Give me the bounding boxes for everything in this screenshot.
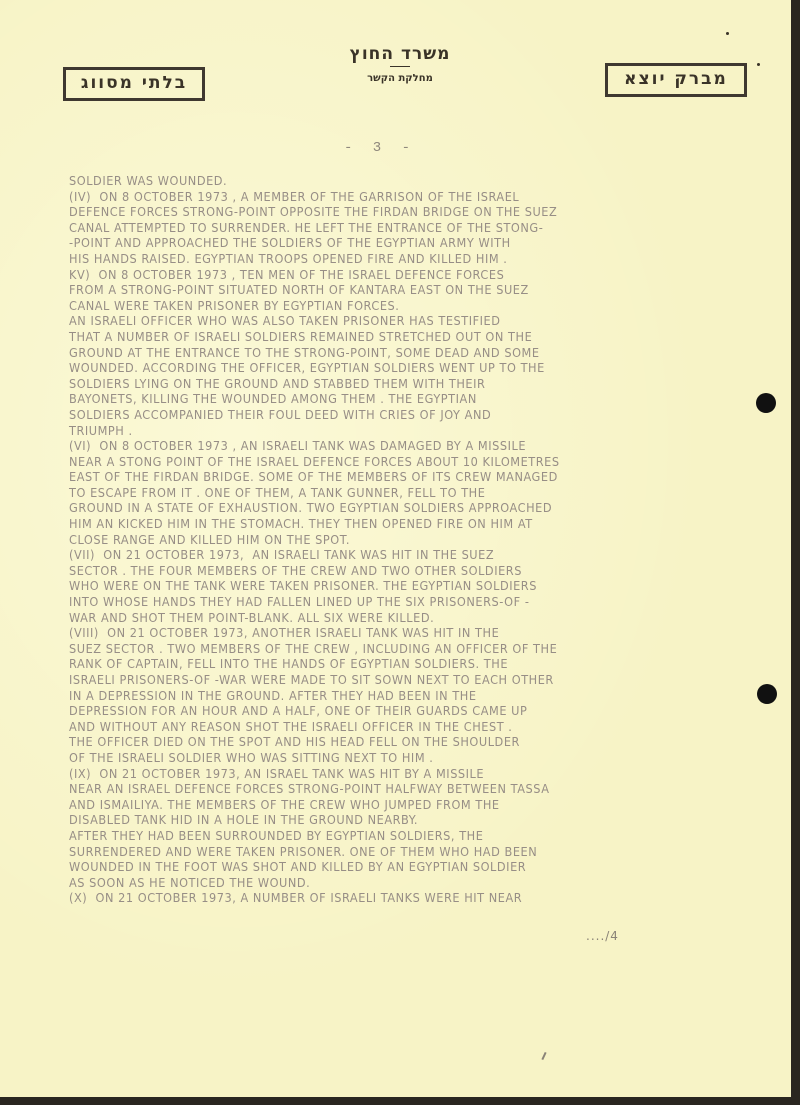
text-line: TRIUMPH . — [69, 423, 681, 439]
text-line: KV) ON 8 OCTOBER 1973 , TEN MEN OF THE I… — [69, 267, 681, 283]
text-line: HIM AN KICKED HIM IN THE STOMACH. THEY T… — [69, 516, 681, 532]
text-line: SUEZ SECTOR . TWO MEMBERS OF THE CREW , … — [69, 641, 681, 657]
text-line: -POINT AND APPROACHED THE SOLDIERS OF TH… — [69, 235, 681, 251]
ink-speck — [726, 32, 729, 35]
document-page: משרד החוץ מחלקת הקשר בלתי מסווג מברק יוצ… — [0, 0, 791, 1097]
page-number: - 3 - — [330, 140, 430, 156]
letterhead-rule — [390, 66, 410, 67]
text-line: CLOSE RANGE AND KILLED HIM ON THE SPOT. — [69, 532, 681, 548]
text-line: FROM A STRONG-POINT SITUATED NORTH OF KA… — [69, 282, 681, 298]
text-line: HIS HANDS RAISED. EGYPTIAN TROOPS OPENED… — [69, 251, 681, 267]
text-line: EAST OF THE FIRDAN BRIDGE. SOME OF THE M… — [69, 469, 681, 485]
text-line: WOUNDED IN THE FOOT WAS SHOT AND KILLED … — [69, 859, 681, 875]
text-line: AN ISRAELI OFFICER WHO WAS ALSO TAKEN PR… — [69, 313, 681, 329]
continuation-marker: ..../4 — [586, 929, 619, 943]
text-line: SOLDIERS LYING ON THE GROUND AND STABBED… — [69, 376, 681, 392]
text-line: (VI) ON 8 OCTOBER 1973 , AN ISRAELI TANK… — [69, 438, 681, 454]
text-line: DEPRESSION FOR AN HOUR AND A HALF, ONE O… — [69, 703, 681, 719]
text-line: GROUND AT THE ENTRANCE TO THE STRONG-POI… — [69, 345, 681, 361]
text-line: NEAR AN ISRAEL DEFENCE FORCES STRONG-POI… — [69, 781, 681, 797]
text-line: RANK OF CAPTAIN, FELL INTO THE HANDS OF … — [69, 656, 681, 672]
text-line: OF THE ISRAELI SOLDIER WHO WAS SITTING N… — [69, 750, 681, 766]
text-line: CANAL WERE TAKEN PRISONER BY EGYPTIAN FO… — [69, 298, 681, 314]
punch-hole — [757, 684, 777, 704]
text-line: AND WITHOUT ANY REASON SHOT THE ISRAELI … — [69, 719, 681, 735]
text-line: (X) ON 21 OCTOBER 1973, A NUMBER OF ISRA… — [69, 890, 681, 906]
text-line: THAT A NUMBER OF ISRAELI SOLDIERS REMAIN… — [69, 329, 681, 345]
text-line: WAR AND SHOT THEM POINT-BLANK. ALL SIX W… — [69, 610, 681, 626]
text-line: AFTER THEY HAD BEEN SURROUNDED BY EGYPTI… — [69, 828, 681, 844]
text-line: AND ISMAILIYA. THE MEMBERS OF THE CREW W… — [69, 797, 681, 813]
letterhead: משרד החוץ מחלקת הקשר — [300, 44, 500, 84]
text-line: NEAR A STONG POINT OF THE ISRAEL DEFENCE… — [69, 454, 681, 470]
text-line: INTO WHOSE HANDS THEY HAD FALLEN LINED U… — [69, 594, 681, 610]
telegram-body: SOLDIER WAS WOUNDED.(IV) ON 8 OCTOBER 19… — [69, 173, 681, 906]
text-line: SECTOR . THE FOUR MEMBERS OF THE CREW AN… — [69, 563, 681, 579]
message-type-stamp: מברק יוצא — [605, 63, 747, 97]
text-line: AS SOON AS HE NOTICED THE WOUND. — [69, 875, 681, 891]
text-line: WHO WERE ON THE TANK WERE TAKEN PRISONER… — [69, 578, 681, 594]
text-line: TO ESCAPE FROM IT . ONE OF THEM, A TANK … — [69, 485, 681, 501]
text-line: (VIII) ON 21 OCTOBER 1973, ANOTHER ISRAE… — [69, 625, 681, 641]
text-line: SOLDIERS ACCOMPANIED THEIR FOUL DEED WIT… — [69, 407, 681, 423]
text-line: GROUND IN A STATE OF EXHAUSTION. TWO EGY… — [69, 500, 681, 516]
text-line: SURRENDERED AND WERE TAKEN PRISONER. ONE… — [69, 844, 681, 860]
text-line: THE OFFICER DIED ON THE SPOT AND HIS HEA… — [69, 734, 681, 750]
pencil-mark — [541, 1052, 546, 1060]
text-line: WOUNDED. ACCORDING THE OFFICER, EGYPTIAN… — [69, 360, 681, 376]
text-line: DEFENCE FORCES STRONG-POINT OPPOSITE THE… — [69, 204, 681, 220]
text-line: IN A DEPRESSION IN THE GROUND. AFTER THE… — [69, 688, 681, 704]
text-line: (IX) ON 21 OCTOBER 1973, AN ISRAEL TANK … — [69, 766, 681, 782]
text-line: BAYONETS, KILLING THE WOUNDED AMONG THEM… — [69, 391, 681, 407]
punch-hole — [756, 393, 776, 413]
classification-stamp: בלתי מסווג — [63, 67, 205, 101]
text-line: (IV) ON 8 OCTOBER 1973 , A MEMBER OF THE… — [69, 189, 681, 205]
text-line: CANAL ATTEMPTED TO SURRENDER. HE LEFT TH… — [69, 220, 681, 236]
text-line: DISABLED TANK HID IN A HOLE IN THE GROUN… — [69, 812, 681, 828]
text-line: ISRAELI PRISONERS-OF -WAR WERE MADE TO S… — [69, 672, 681, 688]
ink-speck — [757, 63, 760, 66]
text-line: (VII) ON 21 OCTOBER 1973, AN ISRAELI TAN… — [69, 547, 681, 563]
ministry-name: משרד החוץ — [300, 44, 500, 64]
department-name: מחלקת הקשר — [300, 73, 500, 84]
text-line: SOLDIER WAS WOUNDED. — [69, 173, 681, 189]
